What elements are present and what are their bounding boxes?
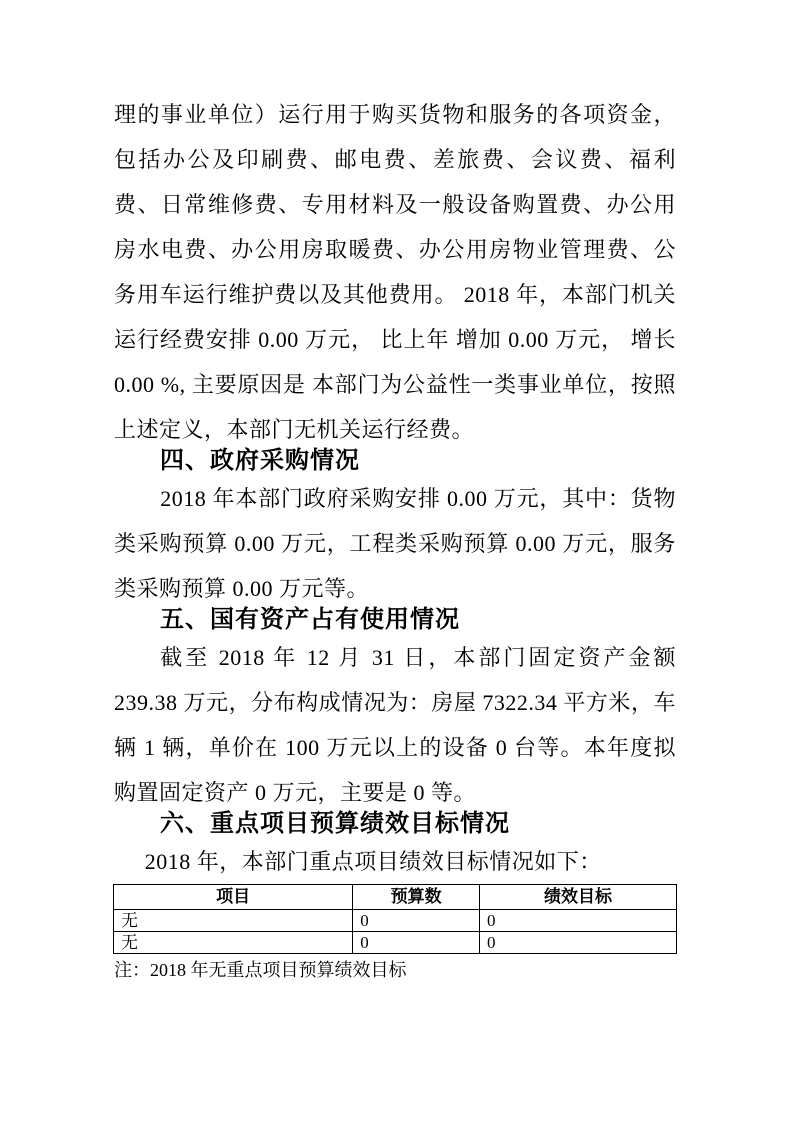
table-row: 无 0 0 — [114, 932, 677, 954]
para-government-procurement: 2018 年本部门政府采购安排 0.00 万元，其中：货物类采购预算 0.00 … — [114, 476, 676, 611]
document-page: 理的事业单位）运行用于购买货物和服务的各项资金，包括办公及印刷费、邮电费、差旅费… — [0, 0, 793, 1122]
table-note: 注：2018 年无重点项目预算绩效目标 — [114, 960, 676, 981]
para-key-project-intro: 2018 年，本部门重点项目绩效目标情况如下： — [114, 839, 676, 884]
cell-performance-target: 0 — [479, 910, 676, 932]
page-content: 理的事业单位）运行用于购买货物和服务的各项资金，包括办公及印刷费、邮电费、差旅费… — [114, 92, 676, 981]
cell-project: 无 — [114, 932, 353, 954]
cell-performance-target: 0 — [479, 932, 676, 954]
table-row: 无 0 0 — [114, 910, 677, 932]
table-header-performance-target: 绩效目标 — [479, 885, 676, 910]
para-operating-expenses-continuation: 理的事业单位）运行用于购买货物和服务的各项资金，包括办公及印刷费、邮电费、差旅费… — [114, 92, 676, 452]
section-heading-state-assets: 五、国有资产占有使用情况 — [114, 605, 676, 635]
cell-budget-amount: 0 — [353, 932, 480, 954]
cell-budget-amount: 0 — [353, 910, 480, 932]
table-header-project: 项目 — [114, 885, 353, 910]
key-project-performance-table: 项目 预算数 绩效目标 无 0 0 无 0 0 — [113, 884, 677, 954]
cell-project: 无 — [114, 910, 353, 932]
para-state-assets: 截至 2018 年 12 月 31 日，本部门固定资产金额 239.38 万元，… — [114, 635, 676, 815]
table-header-budget-amount: 预算数 — [353, 885, 480, 910]
section-heading-key-project-performance: 六、重点项目预算绩效目标情况 — [114, 809, 676, 839]
table-header-row: 项目 预算数 绩效目标 — [114, 885, 677, 910]
